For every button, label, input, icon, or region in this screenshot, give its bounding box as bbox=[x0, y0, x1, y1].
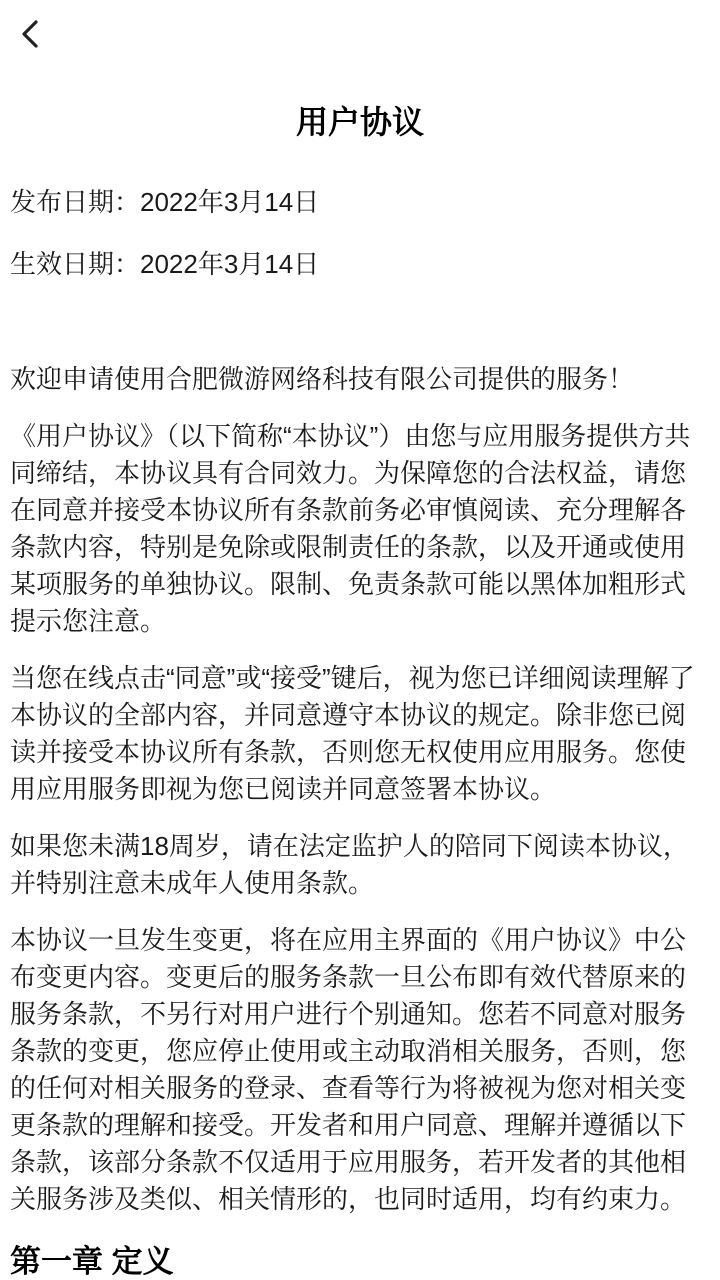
page-title: 用户协议 bbox=[0, 0, 720, 141]
back-button[interactable] bbox=[8, 10, 52, 58]
release-date: 发布日期：2022年3月14日 bbox=[0, 184, 720, 221]
paragraph-acceptance: 当您在线点击“同意”或“接受”键后，视为您已详细阅读理解了本协议的全部内容，并同… bbox=[0, 660, 720, 808]
paragraph-agreement-intro: 《用户协议》（以下简称“本协议”）由您与应用服务提供方共同缔结，本协议具有合同效… bbox=[0, 418, 720, 640]
paragraph-changes: 本协议一旦发生变更，将在应用主界面的《用户协议》中公布变更内容。变更后的服务条款… bbox=[0, 922, 720, 1218]
agreement-body: 欢迎申请使用合肥微游网络科技有限公司提供的服务！ 《用户协议》（以下简称“本协议… bbox=[0, 361, 720, 1218]
chevron-left-icon bbox=[19, 19, 41, 49]
user-agreement-screen: 用户协议 发布日期：2022年3月14日 生效日期：2022年3月14日 欢迎申… bbox=[0, 0, 720, 1280]
section-heading-chapter1: 第一章 定义 bbox=[0, 1242, 720, 1280]
paragraph-welcome: 欢迎申请使用合肥微游网络科技有限公司提供的服务！ bbox=[0, 361, 720, 398]
effective-date: 生效日期：2022年3月14日 bbox=[0, 246, 720, 283]
paragraph-minors: 如果您未满18周岁，请在法定监护人的陪同下阅读本协议，并特别注意未成年人使用条款… bbox=[0, 828, 720, 902]
